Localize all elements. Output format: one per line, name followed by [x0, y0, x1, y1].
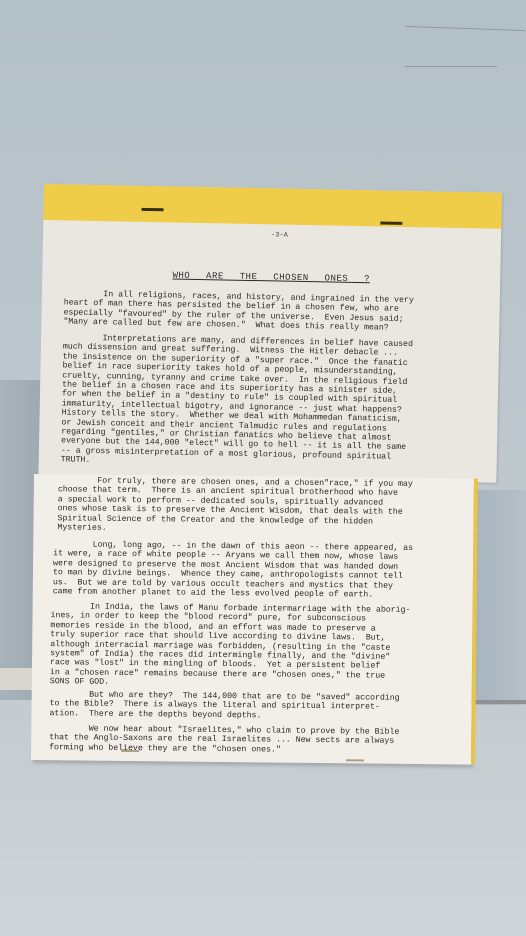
background-scratch: [405, 26, 525, 31]
paragraph-2: Interpretations are many, and difference…: [61, 333, 413, 471]
page-marker: -3-A: [271, 231, 288, 239]
paragraph-1: In all religions, races, and history, an…: [63, 289, 414, 333]
background-shadow: [476, 490, 526, 705]
background-object-edge: [0, 668, 34, 690]
yellow-binding-strip: [43, 184, 502, 229]
background-scratch: [405, 66, 497, 67]
paragraph-4: Long, long ago, -- in the dawn of this a…: [53, 540, 413, 600]
document-page-lower: For truly, there are chosen ones, and a …: [31, 474, 474, 765]
staple-mark: [142, 208, 164, 211]
document-page-upper: -3-A WHO ARE THE CHOSEN ONES ? In all re…: [38, 184, 501, 483]
staple-mark: [346, 759, 364, 761]
staple-mark: [121, 750, 139, 752]
paragraph-3: For truly, there are chosen ones, and a …: [57, 476, 412, 536]
paragraph-5: In India, the laws of Manu forbade inter…: [50, 602, 411, 690]
background-ledge: [470, 700, 526, 704]
paragraph-7: We now hear about "Israelites," who clai…: [49, 724, 399, 756]
staple-mark: [380, 221, 402, 224]
page-title: WHO ARE THE CHOSEN ONES ?: [42, 268, 500, 287]
paragraph-6: But who are they? The 144,000 that are t…: [49, 690, 399, 722]
